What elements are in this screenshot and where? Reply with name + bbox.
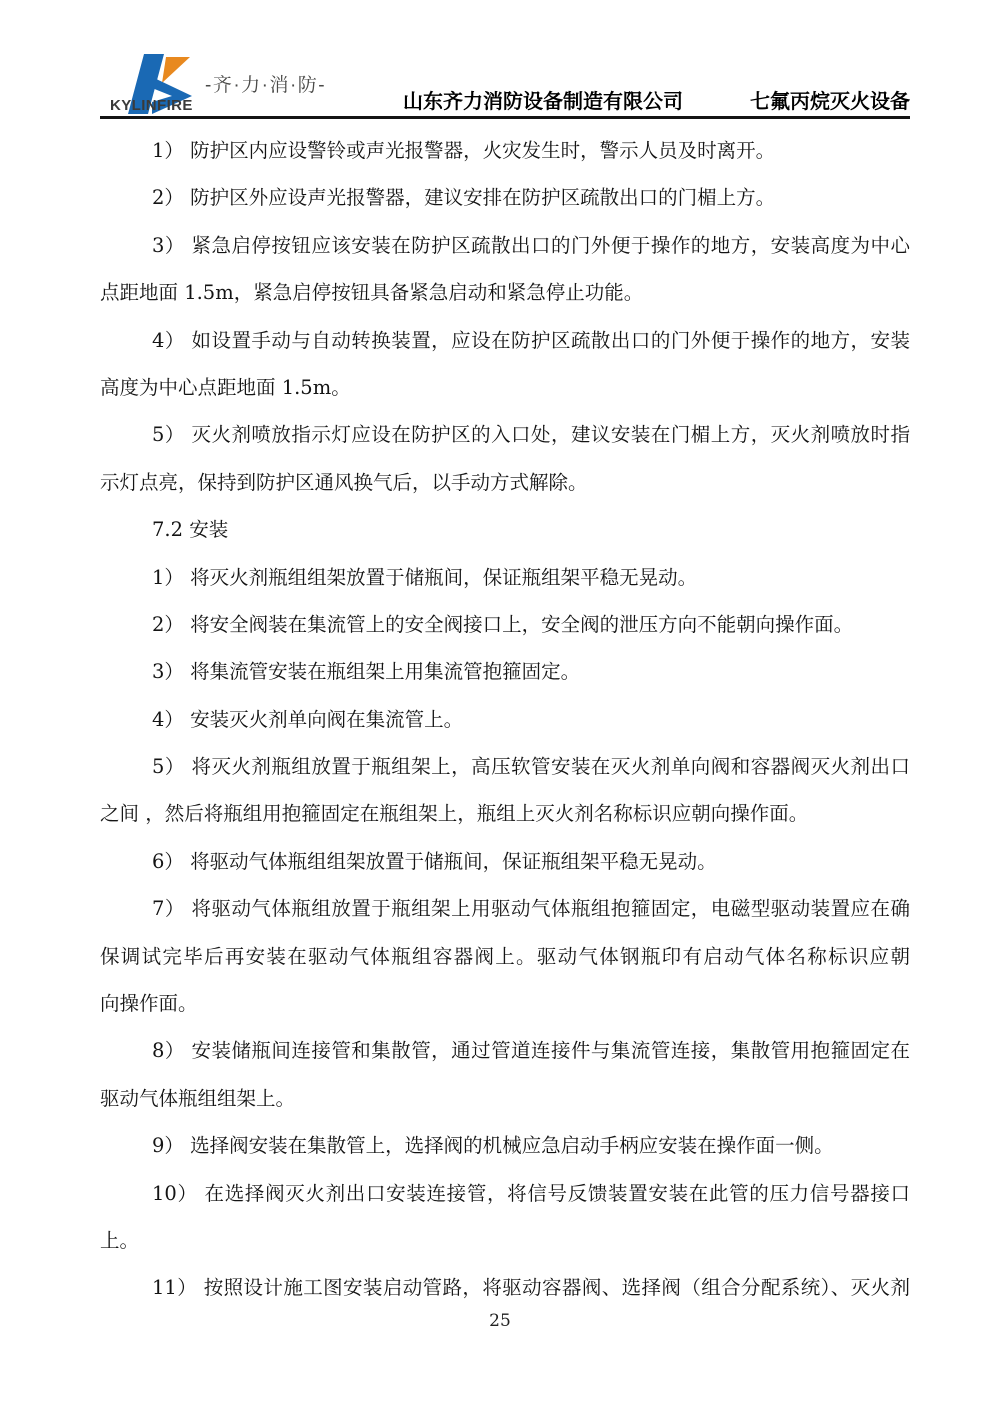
body-line: 高度为中心点距地面 1.5m。 <box>100 364 910 411</box>
header-product-name: 七氟丙烷灭火设备 <box>750 85 910 114</box>
body-line: 9） 选择阀安装在集散管上，选择阀的机械应急启动手柄应安装在操作面一侧。 <box>100 1122 910 1169</box>
body-line: 6） 将驱动气体瓶组组架放置于储瓶间，保证瓶组架平稳无晃动。 <box>100 838 910 885</box>
body-line: 上。 <box>100 1217 910 1264</box>
body-line: 3） 将集流管安装在瓶组架上用集流管抱箍固定。 <box>100 648 910 695</box>
body-line: 之间 ，然后将瓶组用抱箍固定在瓶组架上，瓶组上灭火剂名称标识应朝向操作面。 <box>100 790 910 837</box>
logo-orange-triangle-shape <box>162 57 190 83</box>
document-page: KYLINFIRE -齐·力·消·防- 山东齐力消防设备制造有限公司 七氟丙烷灭… <box>0 0 1000 1414</box>
body-line: 2） 将安全阀装在集流管上的安全阀接口上，安全阀的泄压方向不能朝向操作面。 <box>100 601 910 648</box>
body-line: 保调试完毕后再安装在驱动气体瓶组容器阀上。驱动气体钢瓶印有启动气体名称标识应朝 <box>100 933 910 980</box>
body-line: 8） 安装储瓶间连接管和集散管，通过管道连接件与集流管连接，集散管用抱箍固定在 <box>100 1027 910 1074</box>
body-line: 10） 在选择阀灭火剂出口安装连接管，将信号反馈装置安装在此管的压力信号器接口 <box>100 1170 910 1217</box>
body-line: 2） 防护区外应设声光报警器，建议安排在防护区疏散出口的门楣上方。 <box>100 174 910 221</box>
body-line: 5） 灭火剂喷放指示灯应设在防护区的入口处，建议安装在门楣上方，灭火剂喷放时指 <box>100 411 910 458</box>
brand-slogan: -齐·力·消·防- <box>205 70 326 97</box>
body-line: 驱动气体瓶组组架上。 <box>100 1075 910 1122</box>
body-line: 向操作面。 <box>100 980 910 1027</box>
body-line: 4） 安装灭火剂单向阀在集流管上。 <box>100 696 910 743</box>
header-company-name: 山东齐力消防设备制造有限公司 <box>378 85 708 114</box>
header-rule <box>100 116 910 119</box>
body-line: 1） 将灭火剂瓶组组架放置于储瓶间，保证瓶组架平稳无晃动。 <box>100 554 910 601</box>
body-line: 3） 紧急启停按钮应该安装在防护区疏散出口的门外便于操作的地方，安装高度为中心 <box>100 222 910 269</box>
body-line: 1） 防护区内应设警铃或声光报警器，火灾发生时，警示人员及时离开。 <box>100 127 910 174</box>
body-line: 点距地面 1.5m，紧急启停按钮具备紧急启动和紧急停止功能。 <box>100 269 910 316</box>
body-line: 11） 按照设计施工图安装启动管路，将驱动容器阀、选择阀（组合分配系统）、灭火剂 <box>100 1264 910 1311</box>
page-number: 25 <box>0 1308 1000 1334</box>
body-line: 示灯点亮，保持到防护区通风换气后，以手动方式解除。 <box>100 459 910 506</box>
section-heading: 7.2 安装 <box>100 506 910 553</box>
brand-name: KYLINFIRE <box>110 97 193 114</box>
body-line: 7） 将驱动气体瓶组放置于瓶组架上用驱动气体瓶组抱箍固定，电磁型驱动装置应在确 <box>100 885 910 932</box>
document-body: 1） 防护区内应设警铃或声光报警器，火灾发生时，警示人员及时离开。 2） 防护区… <box>100 127 910 1312</box>
body-line: 5） 将灭火剂瓶组放置于瓶组架上，高压软管安装在灭火剂单向阀和容器阀灭火剂出口 <box>100 743 910 790</box>
body-line: 4） 如设置手动与自动转换装置，应设在防护区疏散出口的门外便于操作的地方，安装 <box>100 317 910 364</box>
